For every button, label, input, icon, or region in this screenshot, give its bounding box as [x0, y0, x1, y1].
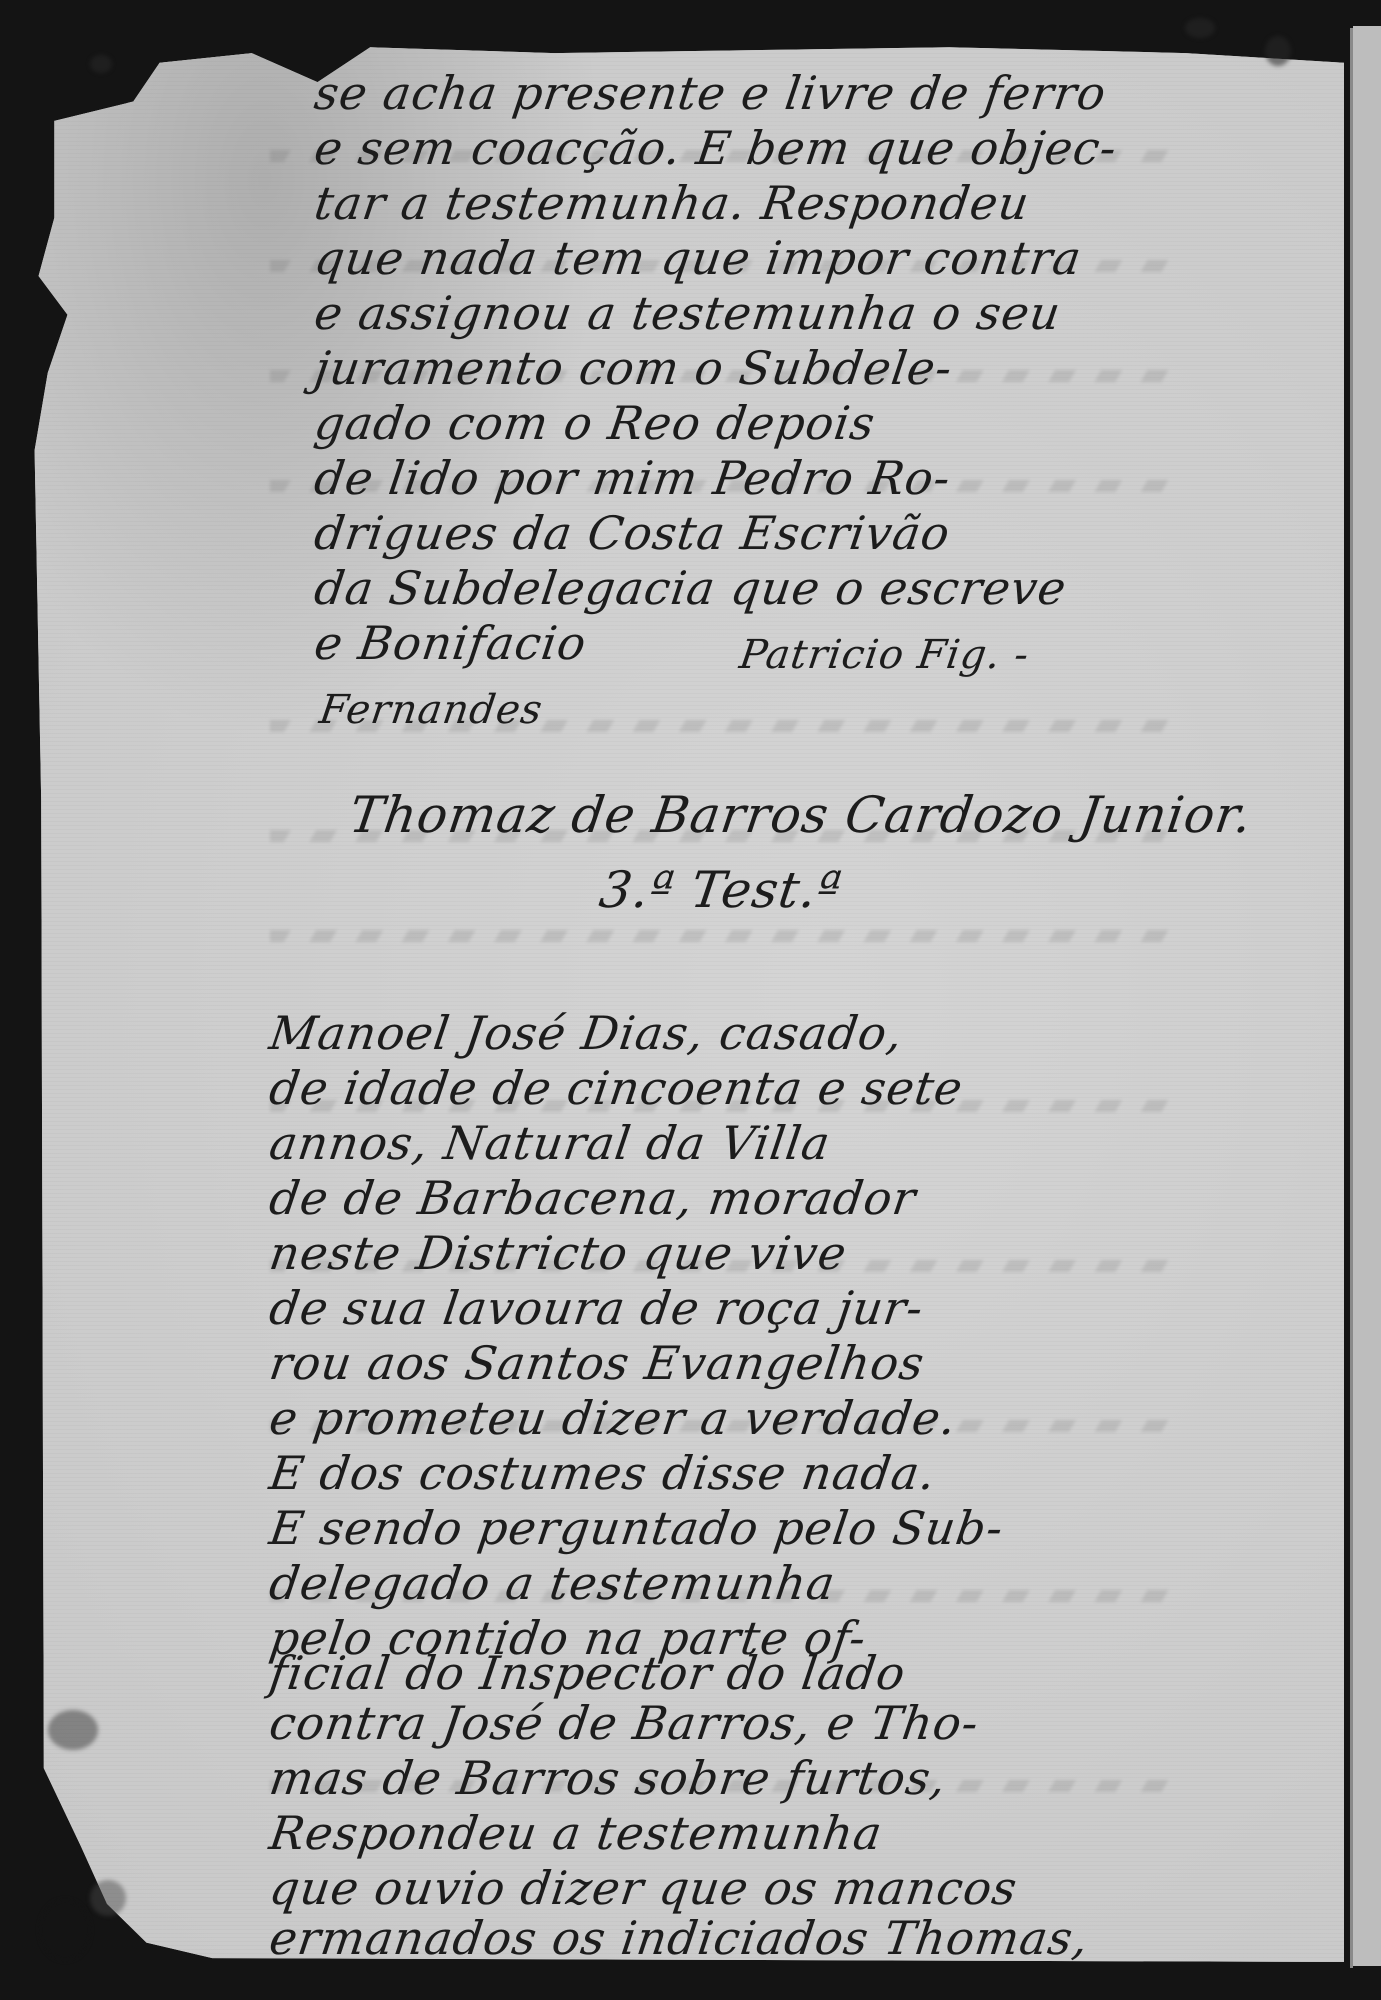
manuscript-line: e sem coacção. E bem que objec- [312, 125, 1120, 171]
manuscript-line: delegado a testemunha [267, 1560, 839, 1606]
manuscript-line: que ouvio dizer que os mancos [267, 1865, 1021, 1911]
manuscript-line: da Subdelegacia que o escreve [312, 565, 1070, 611]
signature-line: Thomaz de Barros Cardozo Junior. [346, 790, 1255, 840]
manuscript-line: Manoel José Dias, casado, [267, 1010, 906, 1056]
manuscript-line: que nada tem que impor contra [312, 235, 1085, 281]
manuscript-line: ficial do Inspector do lado [267, 1650, 909, 1696]
manuscript-line: se acha presente e livre de ferro [312, 70, 1110, 116]
manuscript-line: juramento com o Subdele- [312, 345, 956, 391]
manuscript-line: E sendo perguntado pelo Sub- [267, 1505, 1007, 1551]
manuscript-line: e prometeu dizer a verdade. [267, 1395, 960, 1441]
manuscript-line: e Bonifacio [312, 620, 590, 666]
manuscript-line: mas de Barros sobre furtos, [267, 1755, 950, 1801]
manuscript-line: de lido por mim Pedro Ro- [312, 455, 954, 501]
manuscript-line: annos, Natural da Villa [267, 1120, 834, 1166]
manuscript-line: drigues da Costa Escrivão [312, 510, 953, 556]
manuscript-line: neste Districto que vive [267, 1230, 850, 1276]
manuscript-line: rou aos Santos Evangelhos [267, 1340, 928, 1386]
manuscript-line: E dos costumes disse nada. [267, 1450, 939, 1496]
manuscript-line: de de Barbacena, morador [267, 1175, 919, 1221]
manuscript-line: de idade de cincoenta e sete [267, 1065, 966, 1111]
manuscript-line: gado com o Reo depois [312, 400, 878, 446]
manuscript-line: contra José de Barros, e Tho- [267, 1700, 982, 1746]
manuscript-line: e assignou a testemunha o seu [312, 290, 1064, 336]
handwritten-text: se acha presente e livre de ferroe sem c… [0, 0, 1381, 2000]
manuscript-line: Fernandes [317, 690, 545, 730]
manuscript-line: Respondeu a testemunha [267, 1810, 886, 1856]
manuscript-line: ermanados os indiciados Thomas, [267, 1915, 1092, 1961]
manuscript-line: tar a testemunha. Respondeu [312, 180, 1033, 226]
manuscript-line: Patricio Fig. - [737, 635, 1032, 675]
witness-heading: 3.ª Test.ª [596, 865, 845, 915]
manuscript-line: de sua lavoura de roça jur- [267, 1285, 927, 1331]
